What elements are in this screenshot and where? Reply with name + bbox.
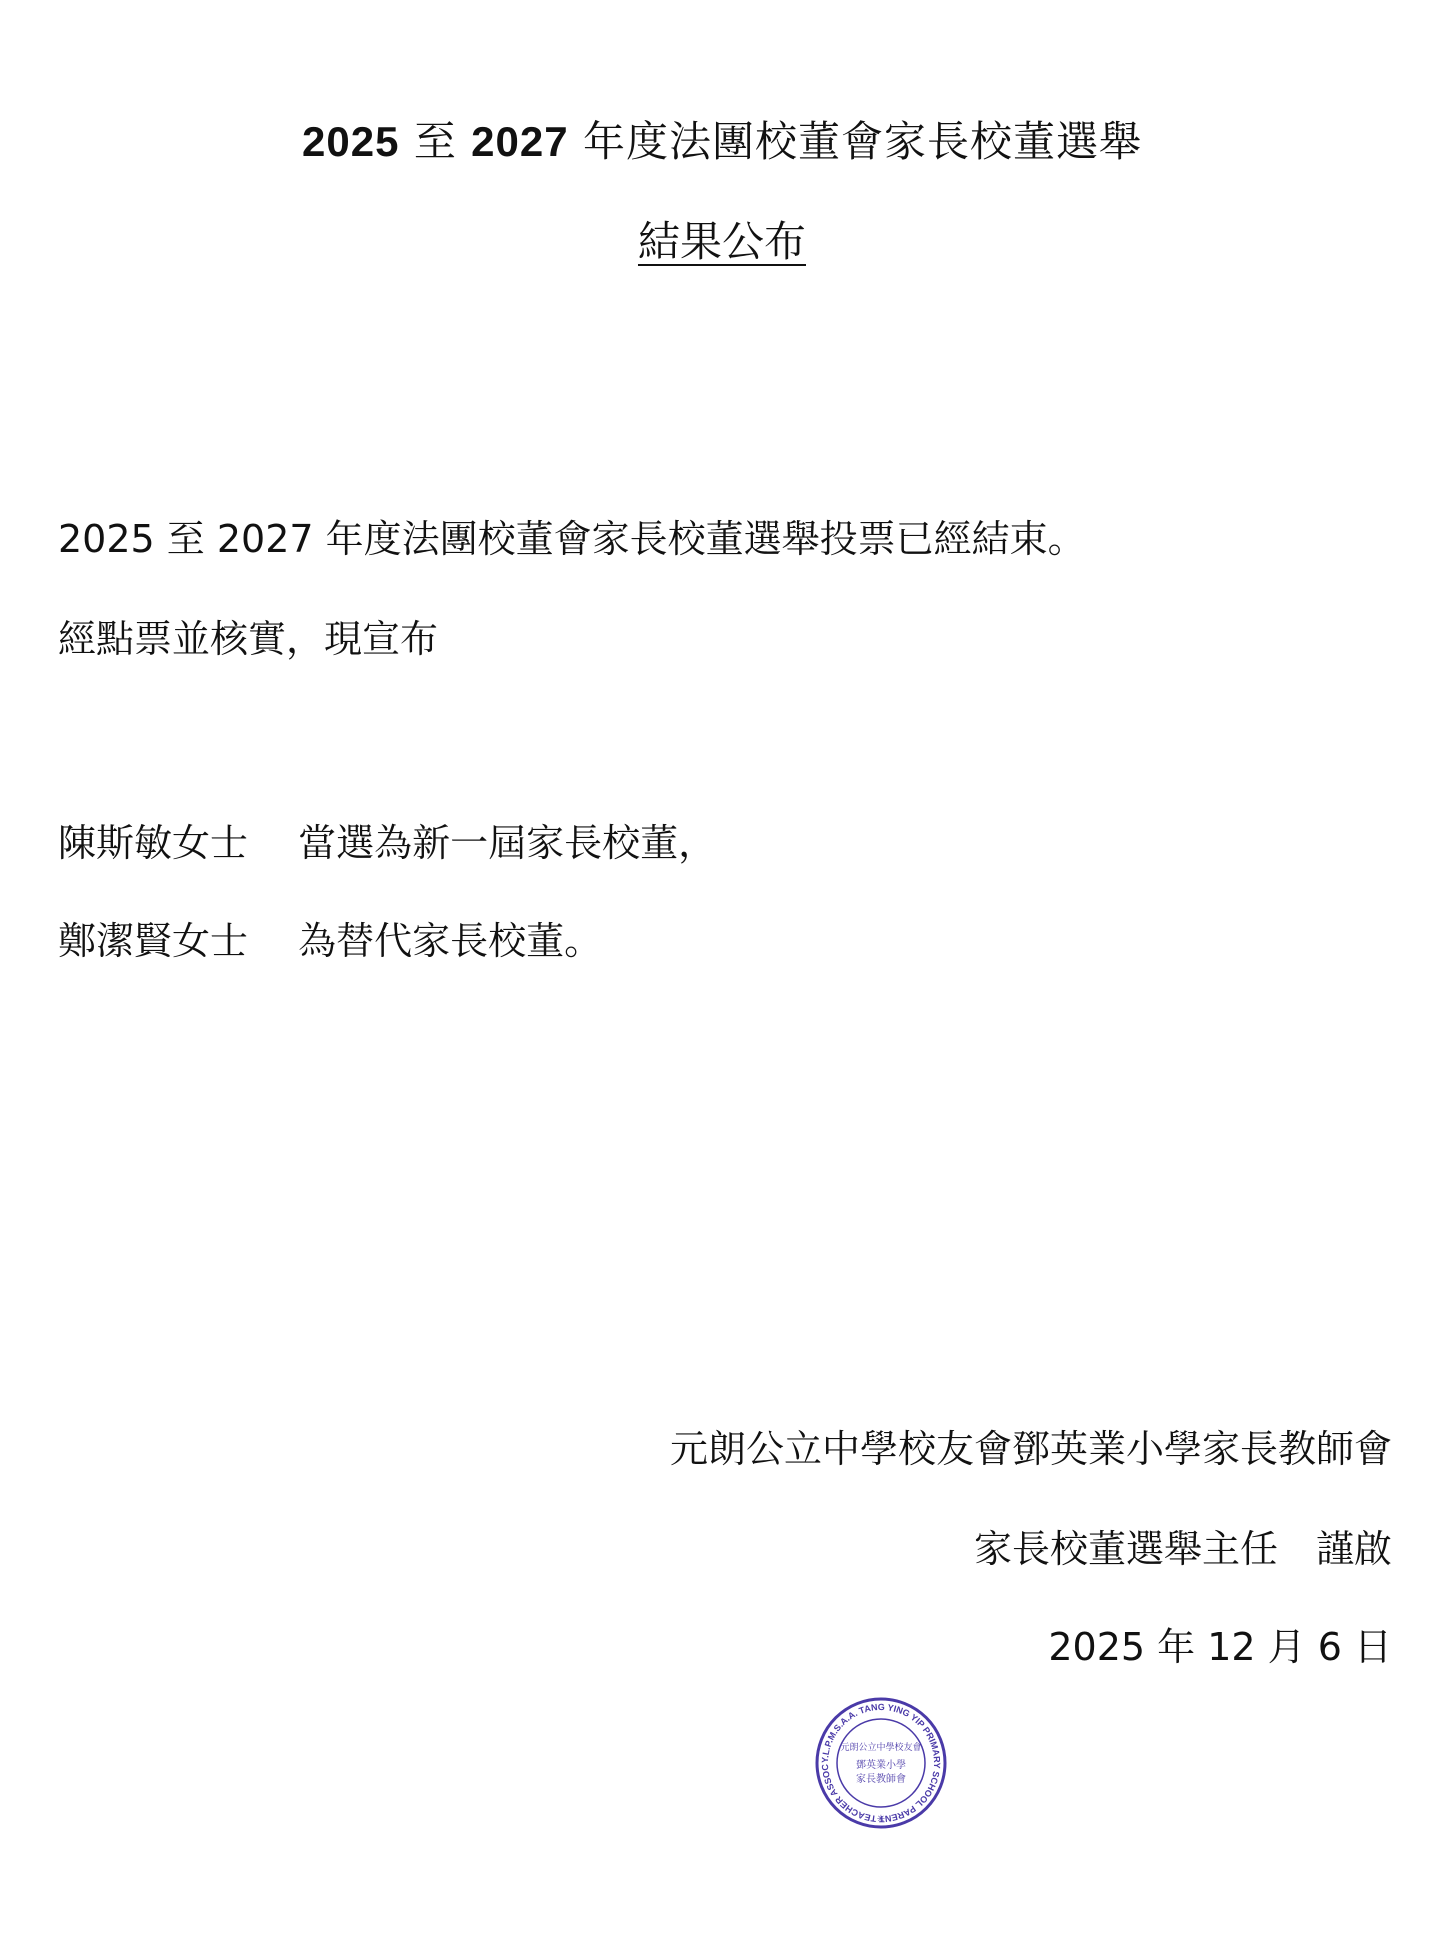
page-title: 2025 至 2027 年度法團校董會家長校董選舉 bbox=[0, 112, 1444, 172]
title-year-start: 2025 bbox=[302, 118, 399, 165]
seal-inner-line-1: 鄧英業小學 bbox=[856, 1758, 906, 1771]
seal-icon: Y.L.P.M.S.A.A. TANG YING YIP PRIMARY SCH… bbox=[814, 1696, 948, 1830]
seal-star-icon: ✳ bbox=[877, 1814, 885, 1825]
result-elected: 陳斯敏女士 當選為新一屆家長校董， bbox=[58, 816, 716, 870]
seal-inner-line-2: 家長教師會 bbox=[856, 1772, 906, 1785]
seal-inner-top: 元朗公立中學校友會 bbox=[840, 1741, 921, 1753]
signature-organization: 元朗公立中學校友會鄧英業小學家長教師會 bbox=[670, 1422, 1392, 1476]
paragraph-voting-ended: 2025 至 2027 年度法團校董會家長校董選舉投票已經結束。 bbox=[58, 512, 1086, 566]
paragraph-announcement: 經點票並核實，現宣布 bbox=[58, 612, 438, 666]
association-seal-stamp: Y.L.P.M.S.A.A. TANG YING YIP PRIMARY SCH… bbox=[814, 1696, 948, 1830]
title-rest: 年度法團校董會家長校董選舉 bbox=[569, 117, 1142, 166]
title-year-end: 2027 bbox=[471, 118, 568, 165]
subtitle-text: 結果公布 bbox=[638, 217, 806, 266]
signature-date: 2025 年 12 月 6 日 bbox=[1048, 1620, 1392, 1674]
title-connector: 至 bbox=[399, 117, 471, 166]
page-subtitle: 結果公布 bbox=[0, 212, 1444, 272]
result-alternate: 鄭潔賢女士 為替代家長校董。 bbox=[58, 914, 602, 968]
signature-signatory: 家長校董選舉主任 謹啟 bbox=[974, 1522, 1392, 1576]
